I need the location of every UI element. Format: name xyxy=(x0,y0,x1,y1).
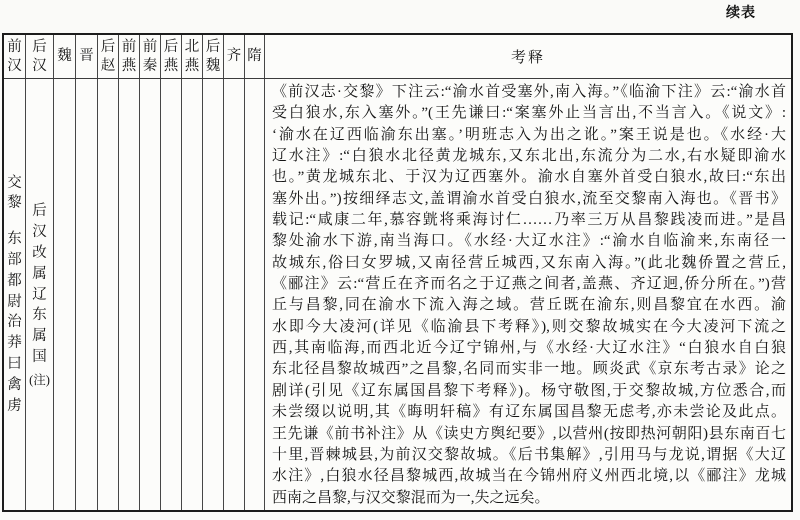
header-label-wei: 魏 xyxy=(57,47,72,66)
header-label-beiyan: 北燕 xyxy=(185,38,200,76)
table-body-row: 交黎 东部都尉治莽曰禽虏 后汉改属辽东属国 (注) 《前汉志·交黎》下注云:“渝… xyxy=(4,79,791,510)
body-cell-sui xyxy=(245,79,265,510)
body-cell-wei xyxy=(54,79,76,510)
body-cell-houhan: 后汉改属辽东属国 (注) xyxy=(26,79,54,510)
header-label-qianhan: 前汉 xyxy=(7,38,22,76)
kaoshi-line: 塞外出。”)按细绎志文,盖谓渝水首受白狼水,流至交黎南入海也。《晋书》 xyxy=(272,189,786,210)
kaoshi-line: ‘渝水在辽西临渝东出塞。’明班志入为出之讹。”案王说是也。《水经·大 xyxy=(272,125,786,146)
houhan-detail: 后汉改属辽东属国 xyxy=(32,201,47,367)
header-label-houzhao: 后赵 xyxy=(101,38,116,76)
body-cell-kaoshi: 《前汉志·交黎》下注云:“渝水首受塞外,南入海。”《临渝下注》云:“渝水首 受白… xyxy=(265,79,791,510)
body-cell-qianqin xyxy=(140,79,161,510)
header-label-qianqin: 前秦 xyxy=(143,38,158,76)
kaoshi-line: 王先谦《前书补注》从《读史方舆纪要》,以营州(按即热河朝阳)县东南百七 xyxy=(272,424,786,445)
book-page: 续表 前汉 后汉 魏 晋 后赵 前燕 前秦 xyxy=(0,0,800,520)
qianhan-detail: 东部都尉治莽曰禽虏 xyxy=(7,229,22,416)
kaoshi-line: 未尝缀以说明,其《晦明轩稿》有辽东属国昌黎无虑考,亦未尝论及此点。 xyxy=(272,402,786,423)
table-header-row: 前汉 后汉 魏 晋 后赵 前燕 前秦 后燕 北燕 xyxy=(4,35,791,79)
kaoshi-line: 丘与昌黎,同在渝水下流入海之域。营丘既在渝东,则昌黎宜在水西。渝 xyxy=(272,295,786,316)
header-col-qianyan: 前燕 xyxy=(119,35,140,78)
header-col-wei: 魏 xyxy=(54,35,76,78)
body-cell-qianhan: 交黎 东部都尉治莽曰禽虏 xyxy=(4,79,26,510)
header-label-qianyan: 前燕 xyxy=(122,38,137,76)
kaoshi-line: 剧详(引见《辽东属国昌黎下考释》)。杨守敬图,于交黎故城,方位悉合,而 xyxy=(272,381,786,402)
body-cell-qi xyxy=(224,79,245,510)
header-col-kaoshi: 考释 xyxy=(265,35,791,78)
kaoshi-line: 西,其南临海,而西北近今辽宁锦州,与《水经·大辽水注》“白狼水自白狼 xyxy=(272,338,786,359)
kaoshi-line: 《前汉志·交黎》下注云:“渝水首受塞外,南入海。”《临渝下注》云:“渝水首 xyxy=(272,82,786,103)
header-col-houwei: 后魏 xyxy=(203,35,224,78)
kaoshi-line: 水即今大凌河(详见《临渝县下考释》),则交黎故城实在今大凌河下流之 xyxy=(272,317,786,338)
header-label-jin: 晋 xyxy=(79,47,94,66)
header-col-qianhan: 前汉 xyxy=(4,35,26,78)
body-cell-beiyan xyxy=(182,79,203,510)
header-label-sui: 隋 xyxy=(247,47,262,66)
body-cell-jin xyxy=(76,79,98,510)
header-col-houhan: 后汉 xyxy=(26,35,54,78)
header-col-houzhao: 后赵 xyxy=(98,35,119,78)
kaoshi-line: 故城东,俗曰女罗城,又南径营丘城西,又东南入海。”(此北魏侨置之营丘, xyxy=(272,253,786,274)
kaoshi-line: 《郦注》云:“营丘在齐而名之于辽燕之间者,盖燕、齐辽迥,侨分所在。”)营 xyxy=(272,274,786,295)
header-col-beiyan: 北燕 xyxy=(182,35,203,78)
kaoshi-line: 载记:“咸康二年,慕容皝将乘海讨仁……乃率三万从昌黎践凌而进。”是昌 xyxy=(272,210,786,231)
header-label-kaoshi: 考释 xyxy=(511,46,545,67)
body-cell-qianyan xyxy=(119,79,140,510)
kaoshi-line: 受白狼水,东入塞外。”(王先谦曰:“案塞外止当言出,不当言入。《说文》: xyxy=(272,103,786,124)
kaoshi-line: 黎处渝水下游,南当海口。《水经·大辽水注》:“渝水自临渝来,东南径一 xyxy=(272,231,786,252)
houhan-note: (注) xyxy=(29,370,50,388)
header-label-houhan: 后汉 xyxy=(32,38,47,76)
body-cell-houzhao xyxy=(98,79,119,510)
header-col-houyan: 后燕 xyxy=(161,35,182,78)
header-col-qianqin: 前秦 xyxy=(140,35,161,78)
kaoshi-line: 也。”黄龙城东北、于汉为辽西塞外。渝水自塞外首受白狼水,故曰:“东出 xyxy=(272,167,786,188)
header-label-houwei: 后魏 xyxy=(206,38,221,76)
header-label-qi: 齐 xyxy=(227,47,242,66)
dynasty-geography-table: 前汉 后汉 魏 晋 后赵 前燕 前秦 后燕 北燕 xyxy=(2,33,793,512)
qianhan-placename: 交黎 xyxy=(7,173,22,215)
continued-table-label: 续表 xyxy=(726,2,756,22)
body-cell-houyan xyxy=(161,79,182,510)
header-col-qi: 齐 xyxy=(224,35,245,78)
kaoshi-line: 辽水注》:“白狼水北径黄龙城东,又东北出,东流分为二水,右水疑即渝水 xyxy=(272,146,786,167)
kaoshi-line: 十里,晋棘城县,为前汉交黎故城。《后书集解》,引用马与龙说,谓据《大辽 xyxy=(272,445,786,466)
header-label-houyan: 后燕 xyxy=(164,38,179,76)
kaoshi-line: 水注》,白狼水径昌黎城西,故城当在今锦州府义州西北境,以《郦注》龙城 xyxy=(272,466,786,487)
kaoshi-line: 西南之昌黎,与汉交黎混而为一,失之远矣。 xyxy=(272,488,786,509)
body-cell-houwei xyxy=(203,79,224,510)
header-col-jin: 晋 xyxy=(76,35,98,78)
header-col-sui: 隋 xyxy=(245,35,265,78)
kaoshi-line: 东北径昌黎故城西”之昌黎,名同而实非一地。顾炎武《京东考古录》论之 xyxy=(272,359,786,380)
